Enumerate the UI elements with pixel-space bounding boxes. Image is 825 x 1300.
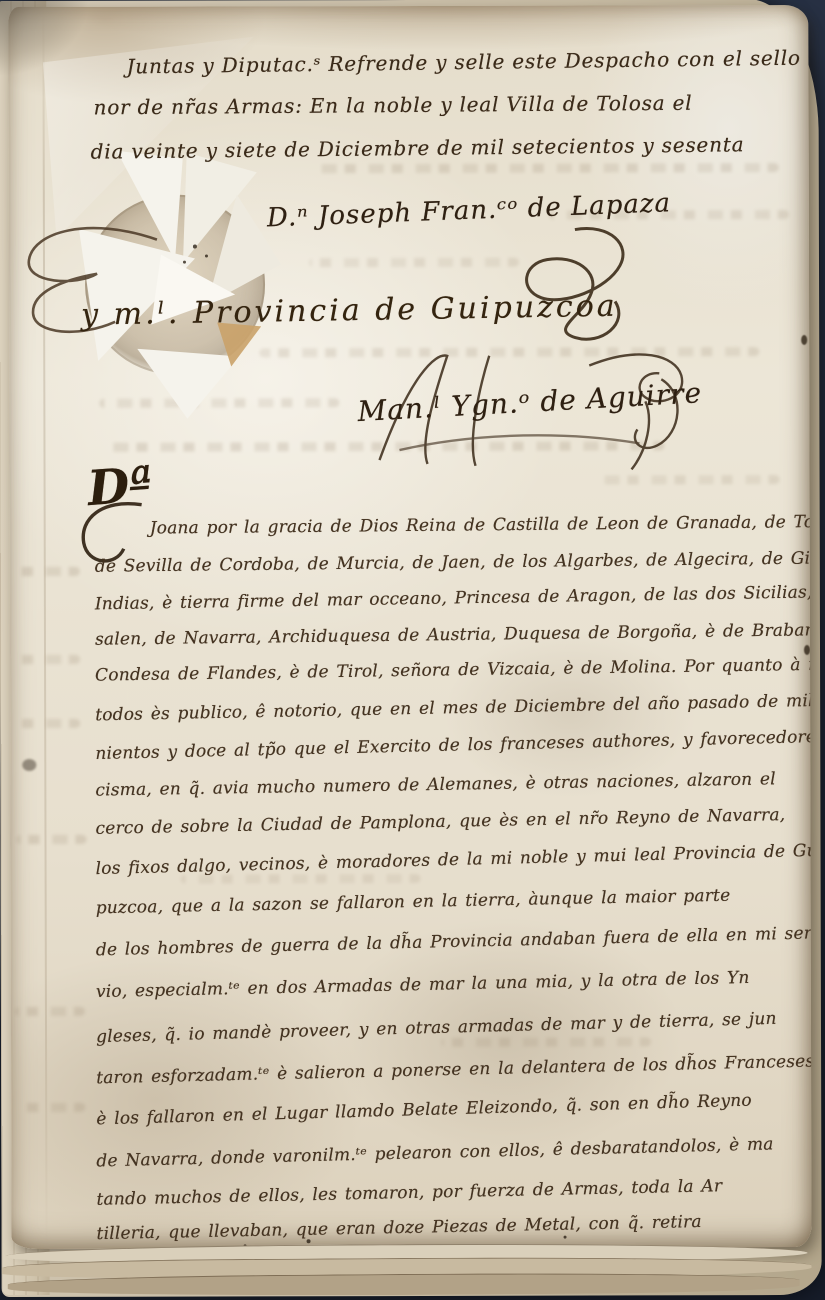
body-line: todos ès publico, ê notorio, que en el m… <box>95 690 812 725</box>
body-line: nientos y doce al tp̃o que el Exercito d… <box>95 726 811 764</box>
body-line: gleses, q̃. io mandè proveer, y en otras… <box>96 1009 777 1047</box>
bleed-through-line <box>16 835 86 844</box>
seal-speckle <box>183 261 186 264</box>
ink-speck <box>22 759 36 771</box>
book-page-stack: Juntas y Diputac.ˢ Refrende y selle este… <box>0 0 822 1297</box>
body-line: vio, especialm.ᵗᵉ en dos Armadas de mar … <box>96 968 750 1002</box>
body-line: de los hombres de guerra de la dh̃a Prov… <box>96 923 812 960</box>
bleed-through-line <box>15 1007 85 1016</box>
body-line: puzcoa, que a la sazon se fallaron en la… <box>96 886 731 919</box>
header-line: nor de nr̃as Armas: En la noble y leal V… <box>93 91 692 120</box>
body-line: los fixos dalgo, vecinos, è moradores de… <box>95 841 811 879</box>
bleed-through-line <box>16 655 80 664</box>
seal-speckle <box>205 255 208 258</box>
body-line: Condesa de Flandes, è de Tirol, señora d… <box>95 654 812 686</box>
worn-corner-shading <box>0 1 159 141</box>
body-line: de Sevilla de Cordoba, de Murcia, de Jae… <box>95 547 812 577</box>
bleed-through-line <box>441 1037 651 1047</box>
ink-speck <box>307 1239 311 1243</box>
body-line: Indias, è tierra firme del mar occeano, … <box>95 581 812 614</box>
body-line: è los fallaron en el Lugar llamdo Belate… <box>96 1091 752 1130</box>
body-line: Joana por la gracia de Dios Reina de Cas… <box>150 511 812 539</box>
body-line: de Navarra, donde varonilm.ᵗᵉ pelearon c… <box>96 1134 774 1171</box>
bleed-through-line <box>19 1103 85 1112</box>
scanned-manuscript: Juntas y Diputac.ˢ Refrende y selle este… <box>0 0 825 1300</box>
bleed-through-line <box>16 567 80 576</box>
ink-speck <box>564 1236 567 1239</box>
binding-stitch <box>804 645 810 655</box>
body-line: salen, de Navarra, Archiduquesa de Austr… <box>95 620 812 650</box>
header-line: dia veinte y siete de Diciembre de mil s… <box>91 132 745 163</box>
body-line: cerco de sobre la Ciudad de Pamplona, qu… <box>95 805 785 839</box>
body-line: tando muchos de ellos, les tomaron, por … <box>96 1176 722 1210</box>
seal-speckle <box>193 245 197 249</box>
bleed-through-line <box>309 163 779 173</box>
body-line: taron esforzadam.ᵗᵉ è salieron a ponerse… <box>96 1051 812 1088</box>
binding-stitch <box>801 335 807 345</box>
vertical-crease <box>42 7 47 1249</box>
body-line: tilleria, que llevaban, que eran doze Pi… <box>96 1212 702 1244</box>
body-line: cisma, en q̃. avia mucho numero de Alema… <box>95 769 776 800</box>
manuscript-page: Juntas y Diputac.ˢ Refrende y selle este… <box>8 5 811 1249</box>
bleed-through-line <box>16 719 80 728</box>
